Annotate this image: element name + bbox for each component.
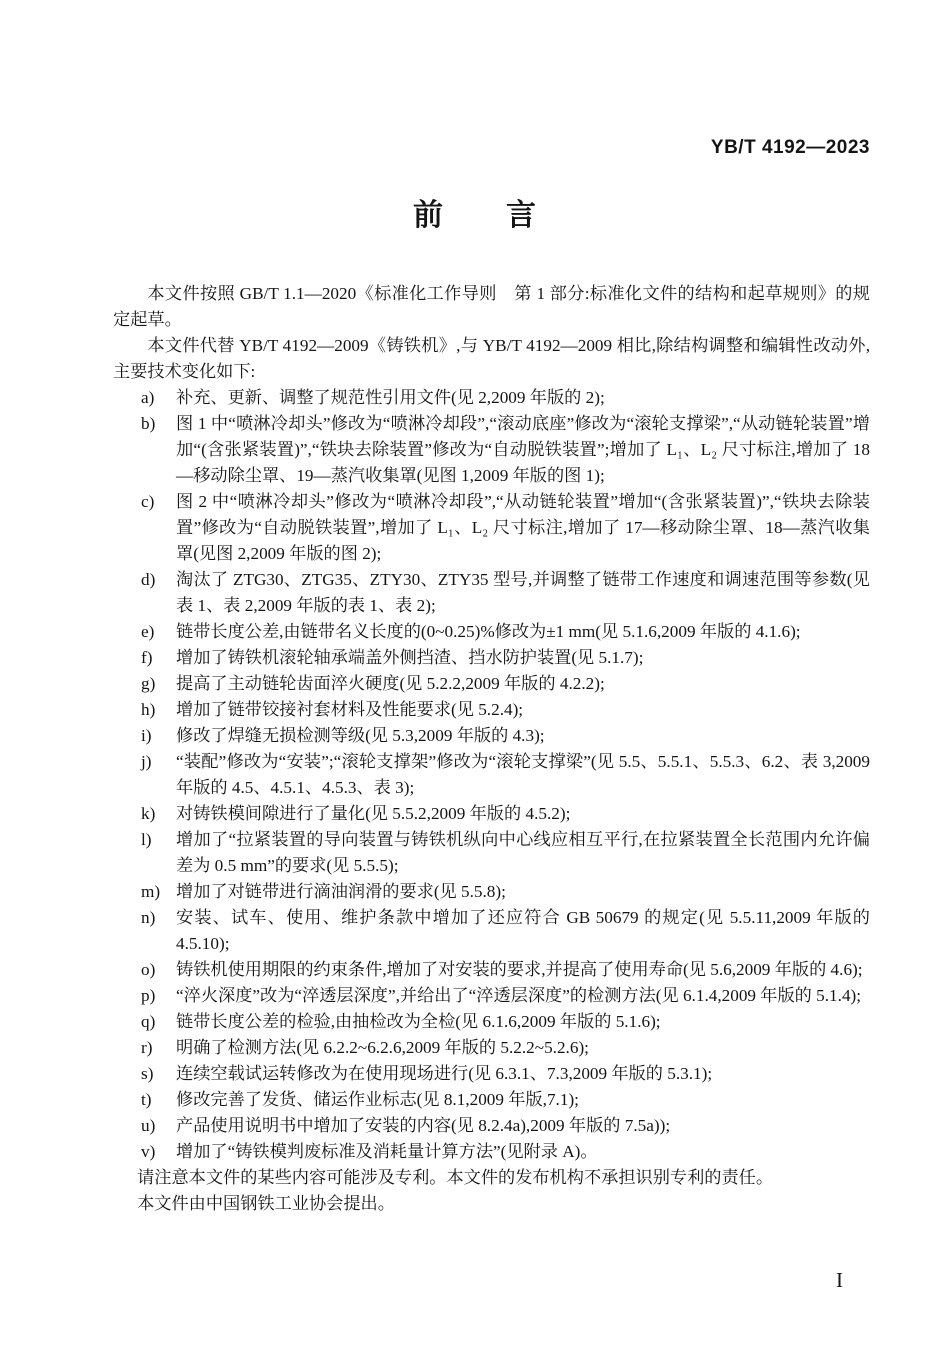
change-item-text: 淘汰了 ZTG30、ZTG35、ZTY30、ZTY35 型号,并调整了链带工作速… [176,570,870,615]
change-item-text: 链带长度公差的检验,由抽检改为全检(见 6.1.6,2009 年版的 5.1.6… [176,1012,661,1031]
change-item-text: 链带长度公差,由链带名义长度的(0~0.25)%修改为±1 mm(见 5.1.6… [176,622,801,641]
change-list-item: a) 补充、更新、调整了规范性引用文件(见 2,2009 年版的 2); [113,385,870,411]
change-item-label: c) [141,489,175,515]
change-item-label: v) [141,1139,175,1165]
change-item-label: p) [141,983,175,1009]
change-item-text: 连续空载试运转修改为在使用现场进行(见 6.3.1、7.3,2009 年版的 5… [176,1064,712,1083]
change-item-text: 图 1 中“喷淋冷却头”修改为“喷淋冷却段”,“滚动底座”修改为“滚轮支撑梁”,… [176,414,870,485]
page-title: 前 言 [0,190,950,234]
proposer-note: 本文件由中国钢铁工业协会提出。 [113,1191,870,1217]
intro-paragraph-replacement: 本文件代替 YB/T 4192—2009《铸铁机》,与 YB/T 4192—20… [113,333,870,385]
change-list-item: j) “装配”修改为“安装”;“滚轮支撑架”修改为“滚轮支撑梁”(见 5.5、5… [113,749,870,801]
change-item-label: m) [141,879,175,905]
change-item-text: 增加了“铸铁模判废标准及消耗量计算方法”(见附录 A)。 [176,1142,598,1161]
change-list-item: f) 增加了铸铁机滚轮轴承端盖外侧挡渣、挡水防护装置(见 5.1.7); [113,645,870,671]
change-item-label: r) [141,1035,175,1061]
change-item-text: 提高了主动链轮齿面淬火硬度(见 5.2.2,2009 年版的 4.2.2); [176,674,605,693]
change-list-item: n) 安装、试车、使用、维护条款中增加了还应符合 GB 50679 的规定(见 … [113,905,870,957]
change-list-item: m) 增加了对链带进行滴油润滑的要求(见 5.5.8); [113,879,870,905]
change-list-item: o) 铸铁机使用期限的约束条件,增加了对安装的要求,并提高了使用寿命(见 5.6… [113,957,870,983]
change-list-item: s) 连续空载试运转修改为在使用现场进行(见 6.3.1、7.3,2009 年版… [113,1061,870,1087]
change-item-text: 修改完善了发货、储运作业标志(见 8.1,2009 年版,7.1); [176,1090,579,1109]
change-item-label: a) [141,385,175,411]
change-item-text: 增加了“拉紧装置的导向装置与铸铁机纵向中心线应相互平行,在拉紧装置全长范围内允许… [176,830,870,875]
change-item-text: “装配”修改为“安装”;“滚轮支撑架”修改为“滚轮支撑梁”(见 5.5、5.5.… [176,752,870,797]
change-list-item: c) 图 2 中“喷淋冷却头”修改为“喷淋冷却段”,“从动链轮装置”增加“(含张… [113,489,870,567]
change-item-label: j) [141,749,175,775]
patent-notice: 请注意本文件的某些内容可能涉及专利。本文件的发布机构不承担识别专利的责任。 [113,1165,870,1191]
change-item-text: 对铸铁模间隙进行了量化(见 5.5.2,2009 年版的 4.5.2); [176,804,570,823]
changes-list: a) 补充、更新、调整了规范性引用文件(见 2,2009 年版的 2); b) … [113,385,870,1165]
change-list-item: l) 增加了“拉紧装置的导向装置与铸铁机纵向中心线应相互平行,在拉紧装置全长范围… [113,827,870,879]
change-item-label: t) [141,1087,175,1113]
change-item-label: u) [141,1113,175,1139]
change-list-item: p) “淬火深度”改为“淬透层深度”,并给出了“淬透层深度”的检测方法(见 6.… [113,983,870,1009]
change-item-text: “淬火深度”改为“淬透层深度”,并给出了“淬透层深度”的检测方法(见 6.1.4… [176,986,861,1005]
change-list-item: b) 图 1 中“喷淋冷却头”修改为“喷淋冷却段”,“滚动底座”修改为“滚轮支撑… [113,411,870,489]
change-item-text: 明确了检测方法(见 6.2.2~6.2.6,2009 年版的 5.2.2~5.2… [176,1038,589,1057]
change-item-text: 增加了链带铰接衬套材料及性能要求(见 5.2.4); [176,700,523,719]
change-item-label: k) [141,801,175,827]
change-item-label: e) [141,619,175,645]
change-item-text: 安装、试车、使用、维护条款中增加了还应符合 GB 50679 的规定(见 5.5… [176,908,870,953]
change-item-text: 补充、更新、调整了规范性引用文件(见 2,2009 年版的 2); [176,388,605,407]
change-item-label: d) [141,567,175,593]
change-item-label: g) [141,671,175,697]
change-item-label: h) [141,697,175,723]
change-item-text: 产品使用说明书中增加了安装的内容(见 8.2.4a),2009 年版的 7.5a… [176,1116,670,1135]
change-list-item: i) 修改了焊缝无损检测等级(见 5.3,2009 年版的 4.3); [113,723,870,749]
change-list-item: k) 对铸铁模间隙进行了量化(见 5.5.2,2009 年版的 4.5.2); [113,801,870,827]
document-page: YB/T 4192—2023 前 言 本文件按照 GB/T 1.1—2020《标… [0,0,950,1345]
change-item-label: l) [141,827,175,853]
page-number: I [836,1268,843,1293]
document-body: 本文件按照 GB/T 1.1—2020《标准化工作导则 第 1 部分:标准化文件… [113,281,870,1217]
change-list-item: t) 修改完善了发货、储运作业标志(见 8.1,2009 年版,7.1); [113,1087,870,1113]
change-list-item: v) 增加了“铸铁模判废标准及消耗量计算方法”(见附录 A)。 [113,1139,870,1165]
change-item-label: o) [141,957,175,983]
change-list-item: q) 链带长度公差的检验,由抽检改为全检(见 6.1.6,2009 年版的 5.… [113,1009,870,1035]
intro-paragraph-drafting-rule: 本文件按照 GB/T 1.1—2020《标准化工作导则 第 1 部分:标准化文件… [113,281,870,333]
doc-number: YB/T 4192—2023 [711,137,870,159]
change-item-label: n) [141,905,175,931]
change-item-text: 增加了铸铁机滚轮轴承端盖外侧挡渣、挡水防护装置(见 5.1.7); [176,648,643,667]
change-item-text: 铸铁机使用期限的约束条件,增加了对安装的要求,并提高了使用寿命(见 5.6,20… [176,960,863,979]
change-item-label: b) [141,411,175,437]
change-list-item: g) 提高了主动链轮齿面淬火硬度(见 5.2.2,2009 年版的 4.2.2)… [113,671,870,697]
change-item-text: 图 2 中“喷淋冷却头”修改为“喷淋冷却段”,“从动链轮装置”增加“(含张紧装置… [176,492,870,563]
change-list-item: r) 明确了检测方法(见 6.2.2~6.2.6,2009 年版的 5.2.2~… [113,1035,870,1061]
change-list-item: h) 增加了链带铰接衬套材料及性能要求(见 5.2.4); [113,697,870,723]
change-item-label: f) [141,645,175,671]
change-list-item: d) 淘汰了 ZTG30、ZTG35、ZTY30、ZTY35 型号,并调整了链带… [113,567,870,619]
change-list-item: u) 产品使用说明书中增加了安装的内容(见 8.2.4a),2009 年版的 7… [113,1113,870,1139]
change-item-text: 增加了对链带进行滴油润滑的要求(见 5.5.8); [176,882,506,901]
change-list-item: e) 链带长度公差,由链带名义长度的(0~0.25)%修改为±1 mm(见 5.… [113,619,870,645]
change-item-label: s) [141,1061,175,1087]
change-item-label: q) [141,1009,175,1035]
change-item-text: 修改了焊缝无损检测等级(见 5.3,2009 年版的 4.3); [176,726,545,745]
change-item-label: i) [141,723,175,749]
